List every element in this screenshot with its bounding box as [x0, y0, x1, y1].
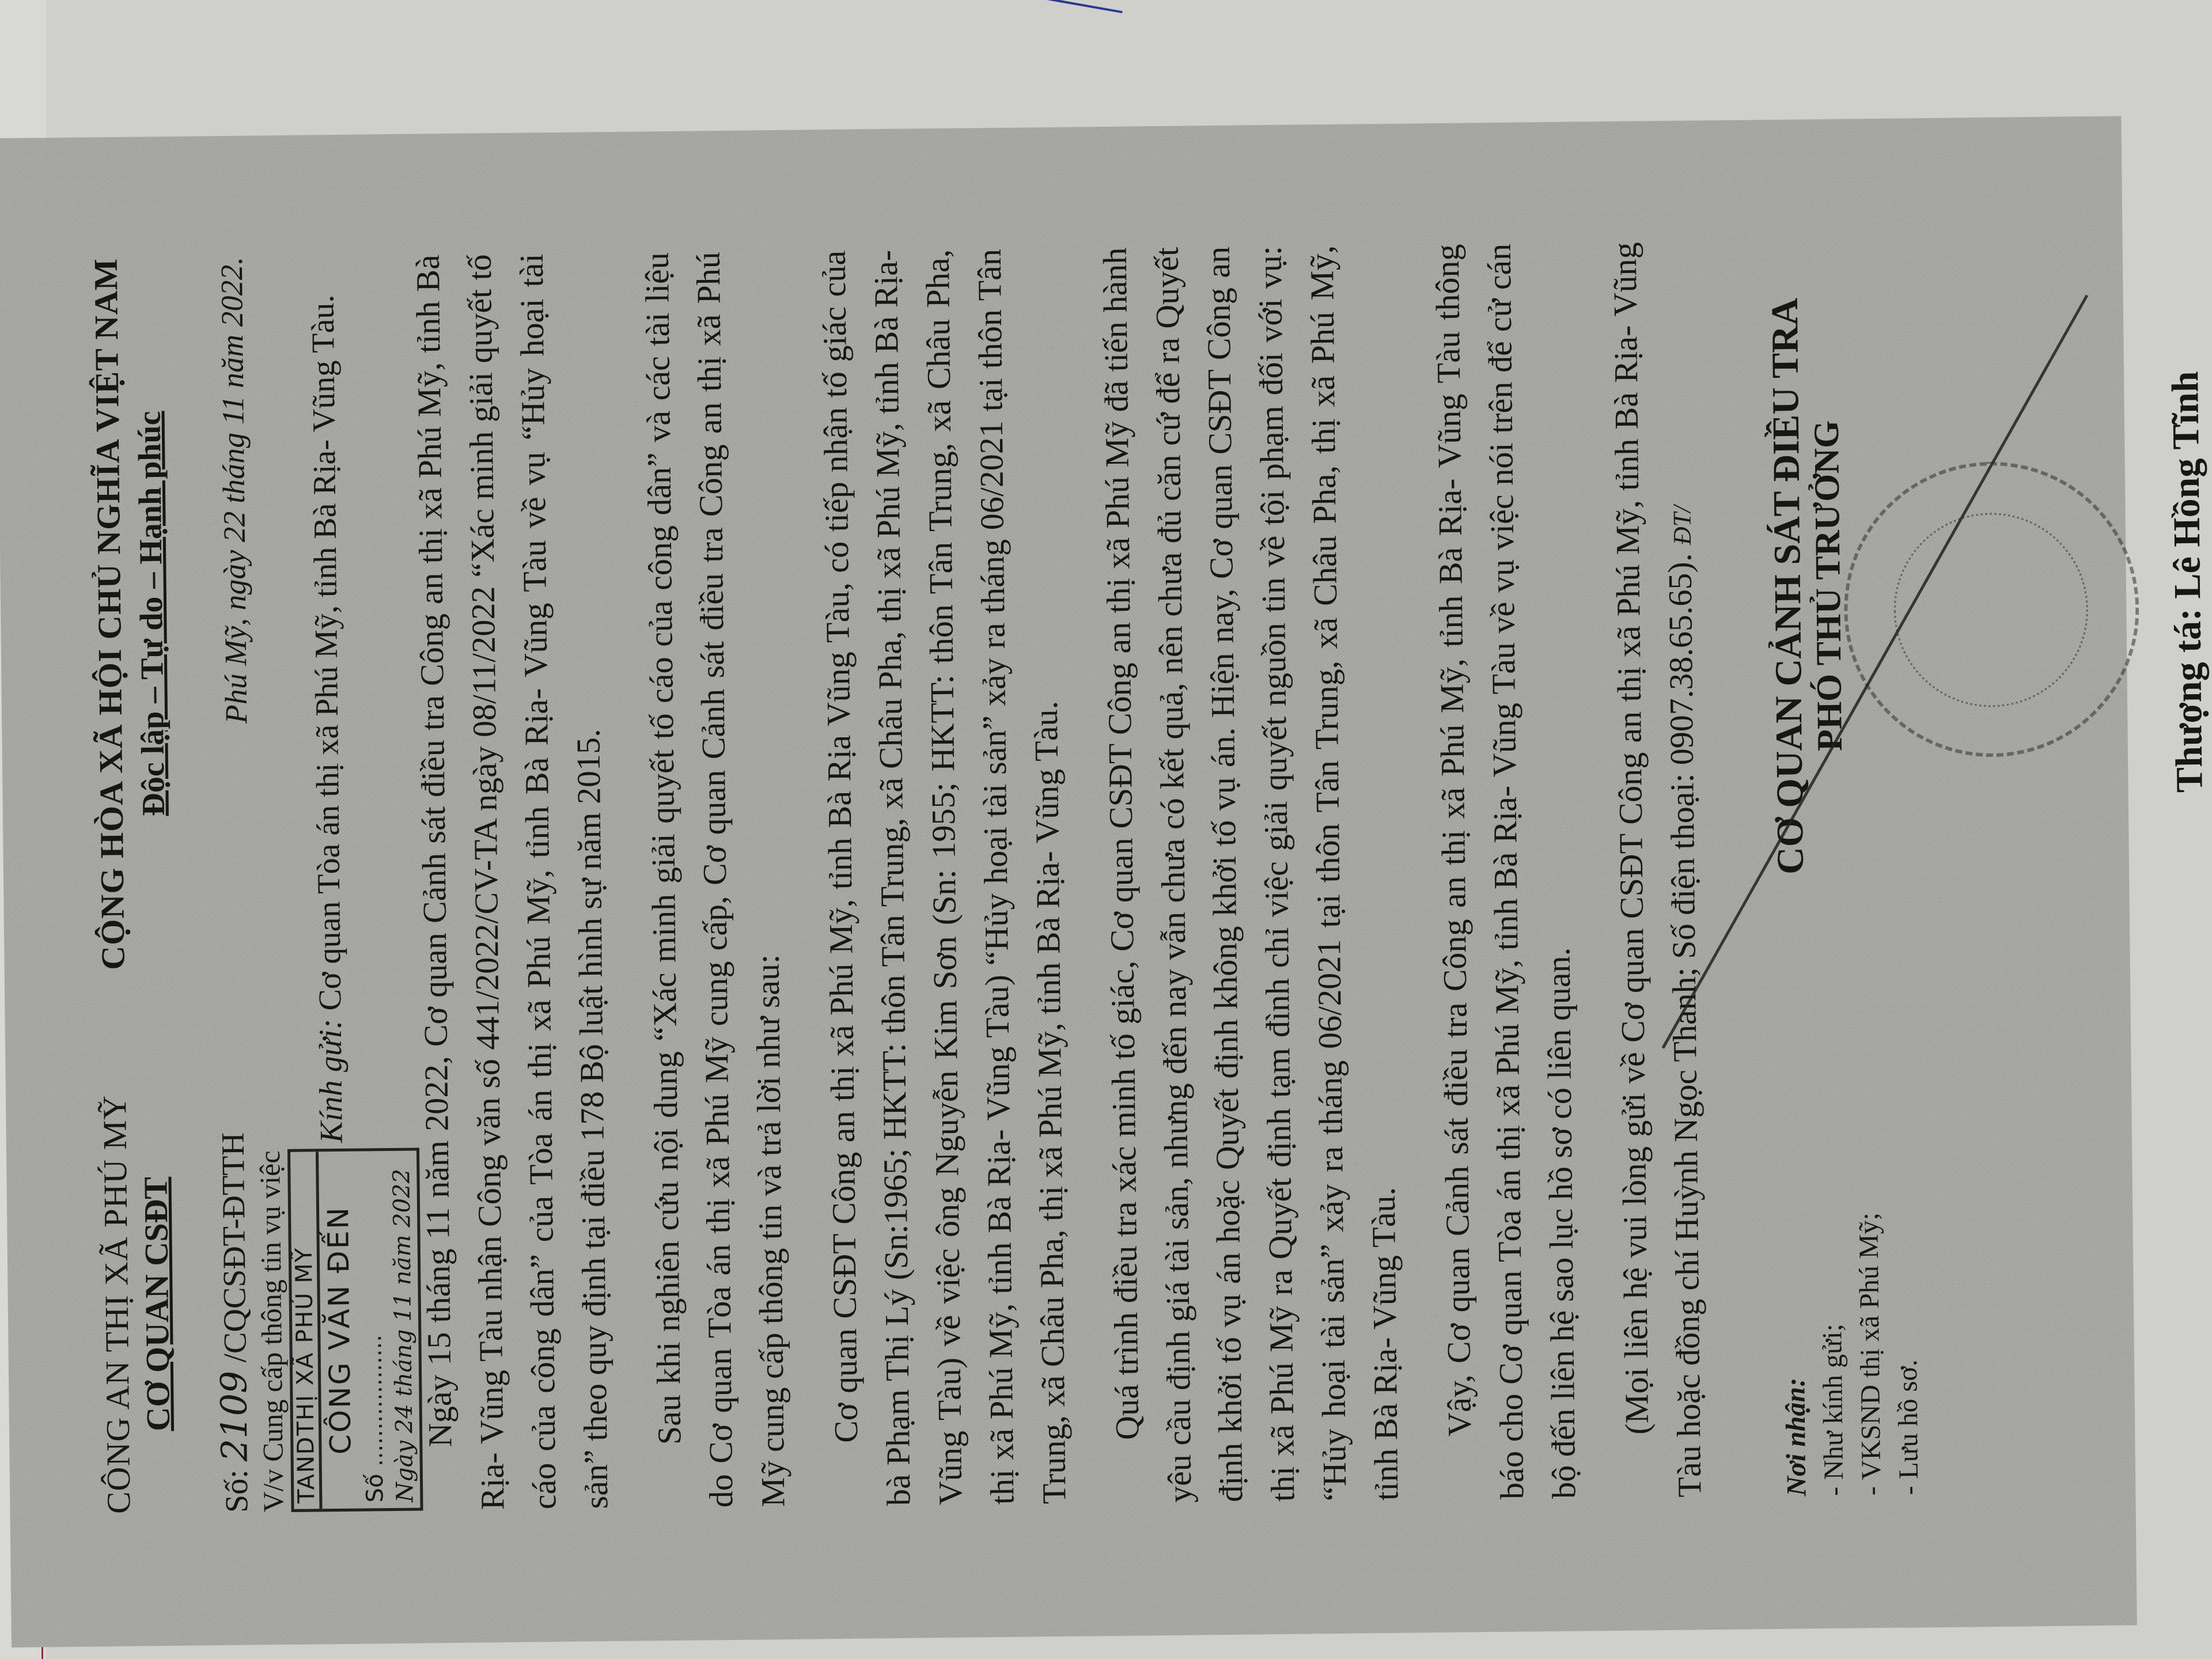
body-paragraph: Ngày 15 tháng 11 năm 2022, Cơ quan Cảnh …	[402, 253, 622, 1511]
recipient-item: - Lưu hồ sơ.	[1888, 1212, 1928, 1495]
contact-text: (Mọi liên hệ vui lòng gửi về Cơ quan CSĐ…	[1605, 242, 1708, 1498]
body-paragraph: Cơ quan CSĐT Công an thị xã Phú Mỹ, tỉnh…	[808, 248, 1080, 1507]
stamp-org: TANDTHỊ XÃ PHÚ MỸ	[290, 1152, 322, 1509]
body-paragraph: Quá trình điều tra xác minh tố giác, Cơ …	[1089, 245, 1412, 1504]
received-stamp: TANDTHỊ XÃ PHÚ MỸ CÔNG VĂN ĐẾN Số ......…	[287, 1148, 423, 1512]
handwritten-number: 2109	[213, 1370, 256, 1462]
official-seal-icon	[1843, 460, 2141, 758]
nation-name: CỘNG HÒA XÃ HỘI CHỦ NGHĨA VIỆT NAM	[89, 258, 130, 970]
document-page: CÔNG AN THỊ XÃ PHÚ MỸ CƠ QUAN CSĐT CỘNG …	[0, 116, 2137, 1647]
nation-motto: Độc lập – Tự do – Hạnh phúc	[132, 257, 172, 969]
signature-block: CƠ QUAN CẢNH SÁT ĐIỀU TRA PHÓ THỦ TRƯỞNG…	[1766, 236, 2211, 932]
recipient-item: - VKSND thị xã Phú Mỹ;	[1850, 1213, 1891, 1496]
recipient-item: - Như kính gửi;	[1813, 1213, 1854, 1496]
number-prefix: Số:	[219, 1461, 255, 1513]
document-header: CÔNG AN THỊ XÃ PHÚ MỸ CƠ QUAN CSĐT CỘNG …	[89, 257, 177, 1514]
document-subject: V/v Cung cấp thông tin vụ việc	[254, 1040, 288, 1512]
recipients-title: Nơi nhận:	[1776, 1213, 1816, 1497]
recipient-label: Kính gửi:	[313, 1018, 350, 1143]
recipient-line: Kính gửi: Cơ quan Tòa án thị xã Phú Mỹ, …	[306, 256, 348, 1143]
document-body: Ngày 15 tháng 11 năm 2022, Cơ quan Cảnh …	[402, 241, 1715, 1511]
handwritten-note: ĐT/	[1668, 505, 1696, 545]
body-paragraph: Vậy, Cơ quan Cảnh sát điều tra Công an t…	[1422, 243, 1590, 1500]
signer-position: PHÓ THỦ TRƯỞNG	[1807, 240, 1850, 932]
document-footer: Nơi nhận: - Như kính gửi; - VKSND thị xã…	[1766, 236, 2212, 1497]
stamp-number: Số ..................	[357, 1151, 390, 1509]
number-suffix: /CQCSĐT-ĐTTH	[215, 1132, 253, 1371]
body-paragraph-contact: (Mọi liên hệ vui lòng gửi về Cơ quan CSĐ…	[1599, 241, 1715, 1498]
recipients-list: Nơi nhận: - Như kính gửi; - VKSND thị xã…	[1776, 1209, 2212, 1497]
national-motto-block: CỘNG HÒA XÃ HỘI CHỦ NGHĨA VIỆT NAM Độc l…	[89, 257, 172, 970]
stamp-title: CÔNG VĂN ĐẾN	[319, 1152, 360, 1509]
document-number: Số: 2109 /CQCSĐT-ĐTTH	[213, 1040, 253, 1513]
agency-unit: CƠ QUAN CSĐT	[138, 1094, 176, 1514]
agency-name: CÔNG AN THỊ XÃ PHÚ MỸ	[98, 1095, 136, 1514]
recipient-value: Cơ quan Tòa án thị xã Phú Mỹ, tỉnh Bà Rị…	[305, 294, 348, 1010]
agency-block: CÔNG AN THỊ XÃ PHÚ MỸ CƠ QUAN CSĐT	[98, 1094, 177, 1514]
signer-name: Thượng tá: Lê Hồng Tĩnh	[2165, 236, 2211, 928]
document-paper: CÔNG AN THỊ XÃ PHÚ MỸ CƠ QUAN CSĐT CỘNG …	[0, 116, 2137, 1647]
body-paragraph: Sau khi nghiên cứu nội dung “Xác minh gi…	[631, 251, 799, 1509]
